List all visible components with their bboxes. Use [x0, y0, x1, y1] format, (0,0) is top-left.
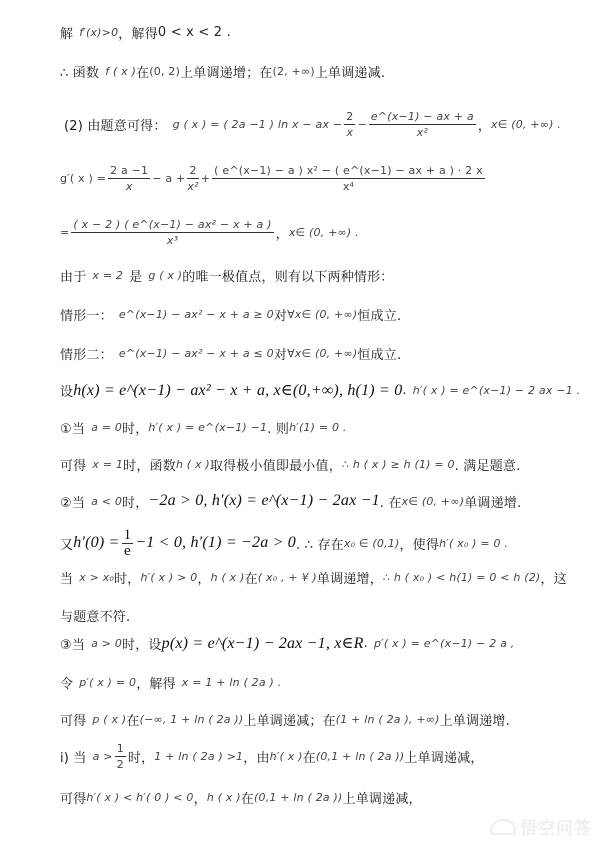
- text: 单调递增.: [464, 492, 521, 511]
- numerator: ( x − 2 ) ( e^(x−1) − ax² − x + a ): [71, 218, 273, 233]
- math: (0,1 + ln ( 2a )): [316, 750, 405, 763]
- text: 的唯一极值点，则有以下两种情形：: [182, 266, 393, 285]
- math: p′( x ) = e^(x−1) − 2 a ,: [374, 637, 515, 650]
- text: 时，函数: [123, 455, 176, 474]
- denominator: x: [347, 125, 354, 139]
- text-line: 又 h′(0) = 1e −1 < 0, h′(1) = −2a > 0 . ∴…: [60, 525, 508, 561]
- math: p(x) = e^(x−1) − 2ax −1, x∈R: [162, 633, 364, 653]
- text: 令: [60, 673, 73, 692]
- text: 上单调递增.: [440, 710, 510, 729]
- text-line: 情形一： e^(x−1) − ax² − x + a ≥ 0 对 ∀x∈ (0,…: [60, 303, 401, 325]
- math: =: [60, 226, 69, 239]
- math: ( x₀ , + ¥ ): [258, 571, 317, 584]
- text: 上单调递减，: [404, 747, 483, 766]
- math: x = 1: [92, 458, 123, 471]
- text: 取得极小值即最小值，: [210, 455, 342, 474]
- math: x₀ ∈ (0,1): [344, 537, 400, 550]
- math: ∴ h ( x ) ≥ h (1) = 0: [342, 458, 455, 471]
- text-line: 可得 p ( x ) 在 (−∞, 1 + ln ( 2a )) 上单调递减；在…: [60, 708, 510, 730]
- numerator: 1: [122, 529, 134, 544]
- math: x = 1 + ln ( 2a ) .: [182, 676, 282, 689]
- math: g′( x ) =: [60, 172, 106, 185]
- text: ，解得: [118, 23, 158, 42]
- text: i) 当: [60, 747, 87, 766]
- text-line: (2) 由题意可得： g ( x ) = ( 2a −1 ) ln x − ax…: [64, 104, 561, 144]
- math: h′( x ): [270, 750, 303, 763]
- text: (2) 由题意可得：: [64, 115, 167, 134]
- denominator: 2: [117, 757, 124, 771]
- text-line: 与题意不符.: [60, 604, 130, 626]
- math: p ( x ): [92, 713, 126, 726]
- math: h′( x ) < h′( 0 ) < 0: [86, 791, 193, 804]
- text: 时，设: [122, 634, 162, 653]
- text: 时，: [114, 568, 140, 587]
- text: . 满足题意.: [455, 455, 521, 474]
- math: h′(0) =: [73, 534, 119, 552]
- numerator: ( e^(x−1) − a ) x² − ( e^(x−1) − ax + a …: [212, 164, 485, 179]
- math: (2, +∞): [272, 65, 314, 78]
- text-line: ①当 a = 0 时， h′( x ) = e^(x−1) −1 . 则 h′(…: [60, 416, 347, 438]
- text: 是: [129, 266, 142, 285]
- text: 情形一：: [60, 305, 113, 324]
- wukong-cloud-icon: [490, 819, 516, 835]
- text-line: 设 h(x) = e^(x−1) − ax² − x + a, x∈(0,+∞)…: [60, 379, 580, 401]
- math: h′( x ) = e^(x−1) − 2 ax −1 .: [413, 384, 581, 397]
- text: 在: [245, 568, 258, 587]
- text: 解: [60, 23, 73, 42]
- math: a > 0: [91, 637, 122, 650]
- text: ，: [276, 223, 289, 242]
- math: −: [357, 118, 366, 131]
- text-line: 情形二： e^(x−1) − ax² − x + a ≤ 0 对 ∀x∈ (0,…: [60, 342, 401, 364]
- math: g ( x ) = ( 2a −1 ) ln x − ax −: [173, 118, 343, 131]
- math: h ( x ): [211, 571, 245, 584]
- watermark: 悟空问答: [490, 814, 592, 839]
- text-line: ③当 a > 0 时，设 p(x) = e^(x−1) − 2ax −1, x∈…: [60, 632, 514, 654]
- math: h′(1) = 0 .: [289, 421, 346, 434]
- math: 0 < x < 2 .: [158, 25, 231, 40]
- math: h(x) = e^(x−1) − ax² − x + a, x∈(0,+∞), …: [73, 380, 402, 400]
- text: 可得: [60, 710, 86, 729]
- text: 与题意不符.: [60, 606, 130, 625]
- text-line: 解 f′(x)>0 ，解得 0 < x < 2 .: [60, 21, 231, 43]
- text: 在: [126, 710, 139, 729]
- numerator: 1: [115, 742, 126, 757]
- text: ，: [194, 788, 207, 807]
- text-line: 可得 x = 1 时，函数 h ( x ) 取得极小值即最小值， ∴ h ( x…: [60, 453, 520, 475]
- math: (0, 2): [149, 65, 180, 78]
- math: a = 0: [91, 421, 122, 434]
- text-line: g′( x ) = 2 a −1x − a + 2x² + ( e^(x−1) …: [60, 158, 487, 198]
- numerator: 2 a −1: [108, 164, 150, 179]
- text: ，由: [243, 747, 269, 766]
- math: a < 0: [91, 495, 122, 508]
- text: 对: [274, 305, 287, 324]
- fraction: 2 a −1x: [108, 164, 150, 193]
- text: 对: [274, 344, 287, 363]
- fraction: ( e^(x−1) − a ) x² − ( e^(x−1) − ax + a …: [212, 164, 485, 193]
- text-line: i) 当 a > 12 时， 1 + ln ( 2a ) >1 ，由 h′( x…: [60, 738, 484, 774]
- text: 上单调递减，: [343, 788, 422, 807]
- text: 时，: [128, 747, 154, 766]
- math: (1 + ln ( 2a ), +∞): [336, 713, 440, 726]
- math: h ( x ): [207, 791, 241, 804]
- text: 在: [136, 62, 149, 81]
- fraction: 1e: [122, 529, 134, 558]
- text: 由于: [60, 266, 86, 285]
- math: +: [201, 172, 210, 185]
- math: ∴ h ( x₀ ) < h(1) = 0 < h (2): [383, 571, 541, 584]
- math: h′( x ) > 0: [140, 571, 197, 584]
- text-line: ∴ 函数 f ( x ) 在 (0, 2) 上单调递增；在 (2, +∞) 上单…: [60, 60, 385, 82]
- math: p′( x ) = 0: [79, 676, 136, 689]
- denominator: e: [124, 544, 131, 558]
- numerator: 2: [187, 164, 198, 179]
- fraction: 12: [115, 742, 126, 771]
- text: 又: [60, 534, 73, 553]
- text: ，解得: [136, 673, 176, 692]
- numerator: 2: [344, 110, 355, 125]
- text: ，: [478, 115, 491, 134]
- text-line: 令 p′( x ) = 0 ，解得 x = 1 + ln ( 2a ) .: [60, 671, 281, 693]
- math: f ( x ): [105, 65, 136, 78]
- text: ①当: [60, 418, 85, 437]
- text: 设: [60, 381, 73, 400]
- text: ，: [197, 568, 210, 587]
- text: 情形二：: [60, 344, 113, 363]
- denominator: x²: [187, 179, 198, 193]
- text: 上单调递增；在: [180, 62, 272, 81]
- math: f′(x)>0: [79, 26, 118, 39]
- math: h′( x ) = e^(x−1) −1: [148, 421, 267, 434]
- text: 可得: [60, 788, 86, 807]
- fraction: e^(x−1) − ax + ax²: [369, 110, 476, 139]
- text: 当: [60, 568, 73, 587]
- denominator: x²: [417, 125, 428, 139]
- denominator: x: [126, 179, 133, 193]
- text: ③当: [60, 634, 85, 653]
- text-line: ②当 a < 0 时， −2a > 0, h′(x) = e^(x−1) − 2…: [60, 490, 521, 512]
- text: . 在: [380, 492, 402, 511]
- text: . ∴ 存在: [296, 534, 344, 553]
- text: 时，: [122, 418, 148, 437]
- math: 1 + ln ( 2a ) >1: [154, 750, 243, 763]
- text: .: [402, 383, 406, 398]
- text-line: = ( x − 2 ) ( e^(x−1) − ax² − x + a )x³ …: [60, 212, 359, 252]
- text-line: 当 x > x₀ 时， h′( x ) > 0 ， h ( x ) 在 ( x₀…: [60, 566, 567, 588]
- text: 上单调递减；在: [243, 710, 335, 729]
- math: (−∞, 1 + ln ( 2a )): [140, 713, 244, 726]
- math: (0,1 + ln ( 2a )): [254, 791, 343, 804]
- math: h′( x₀ ) = 0 .: [439, 537, 508, 550]
- text: ∴ 函数: [60, 62, 99, 81]
- text: 在: [303, 747, 316, 766]
- math: a >: [93, 750, 113, 763]
- math: −2a > 0, h′(x) = e^(x−1) − 2ax −1: [148, 492, 379, 510]
- math: x = 2: [92, 269, 123, 282]
- text: 恒成立.: [357, 344, 401, 363]
- text-line: 由于 x = 2 是 g ( x ) 的唯一极值点，则有以下两种情形：: [60, 264, 394, 286]
- text: 可得: [60, 455, 86, 474]
- text: ②当: [60, 492, 85, 511]
- text: .: [364, 636, 368, 651]
- denominator: x³: [167, 233, 178, 247]
- text: 恒成立.: [357, 305, 401, 324]
- fraction: 2x²: [187, 164, 198, 193]
- denominator: x⁴: [343, 179, 354, 193]
- text: 时，: [122, 492, 148, 511]
- watermark-text: 悟空问答: [520, 814, 592, 839]
- math: ∀x∈ (0, +∞): [287, 308, 357, 321]
- math: x∈ (0, +∞): [402, 495, 465, 508]
- fraction: ( x − 2 ) ( e^(x−1) − ax² − x + a )x³: [71, 218, 273, 247]
- numerator: e^(x−1) − ax + a: [369, 110, 476, 125]
- fraction: 2x: [344, 110, 355, 139]
- math: ∀x∈ (0, +∞): [287, 347, 357, 360]
- math: e^(x−1) − ax² − x + a ≥ 0: [119, 308, 274, 321]
- math: x∈ (0, +∞) .: [491, 118, 561, 131]
- math: h ( x ): [176, 458, 210, 471]
- math: x∈ (0, +∞) .: [289, 226, 359, 239]
- text: 在: [241, 788, 254, 807]
- text: ，使得: [399, 534, 439, 553]
- text-line: 可得 h′( x ) < h′( 0 ) < 0 ， h ( x ) 在 (0,…: [60, 786, 422, 808]
- math: g ( x ): [148, 269, 182, 282]
- text: 上单调递减.: [315, 62, 385, 81]
- math: e^(x−1) − ax² − x + a ≤ 0: [119, 347, 274, 360]
- math: x > x₀: [79, 571, 114, 584]
- text: 单调递增，: [317, 568, 383, 587]
- text: ，这: [540, 568, 566, 587]
- math: − a +: [152, 172, 185, 185]
- math: −1 < 0, h′(1) = −2a > 0: [135, 534, 296, 552]
- text: . 则: [267, 418, 289, 437]
